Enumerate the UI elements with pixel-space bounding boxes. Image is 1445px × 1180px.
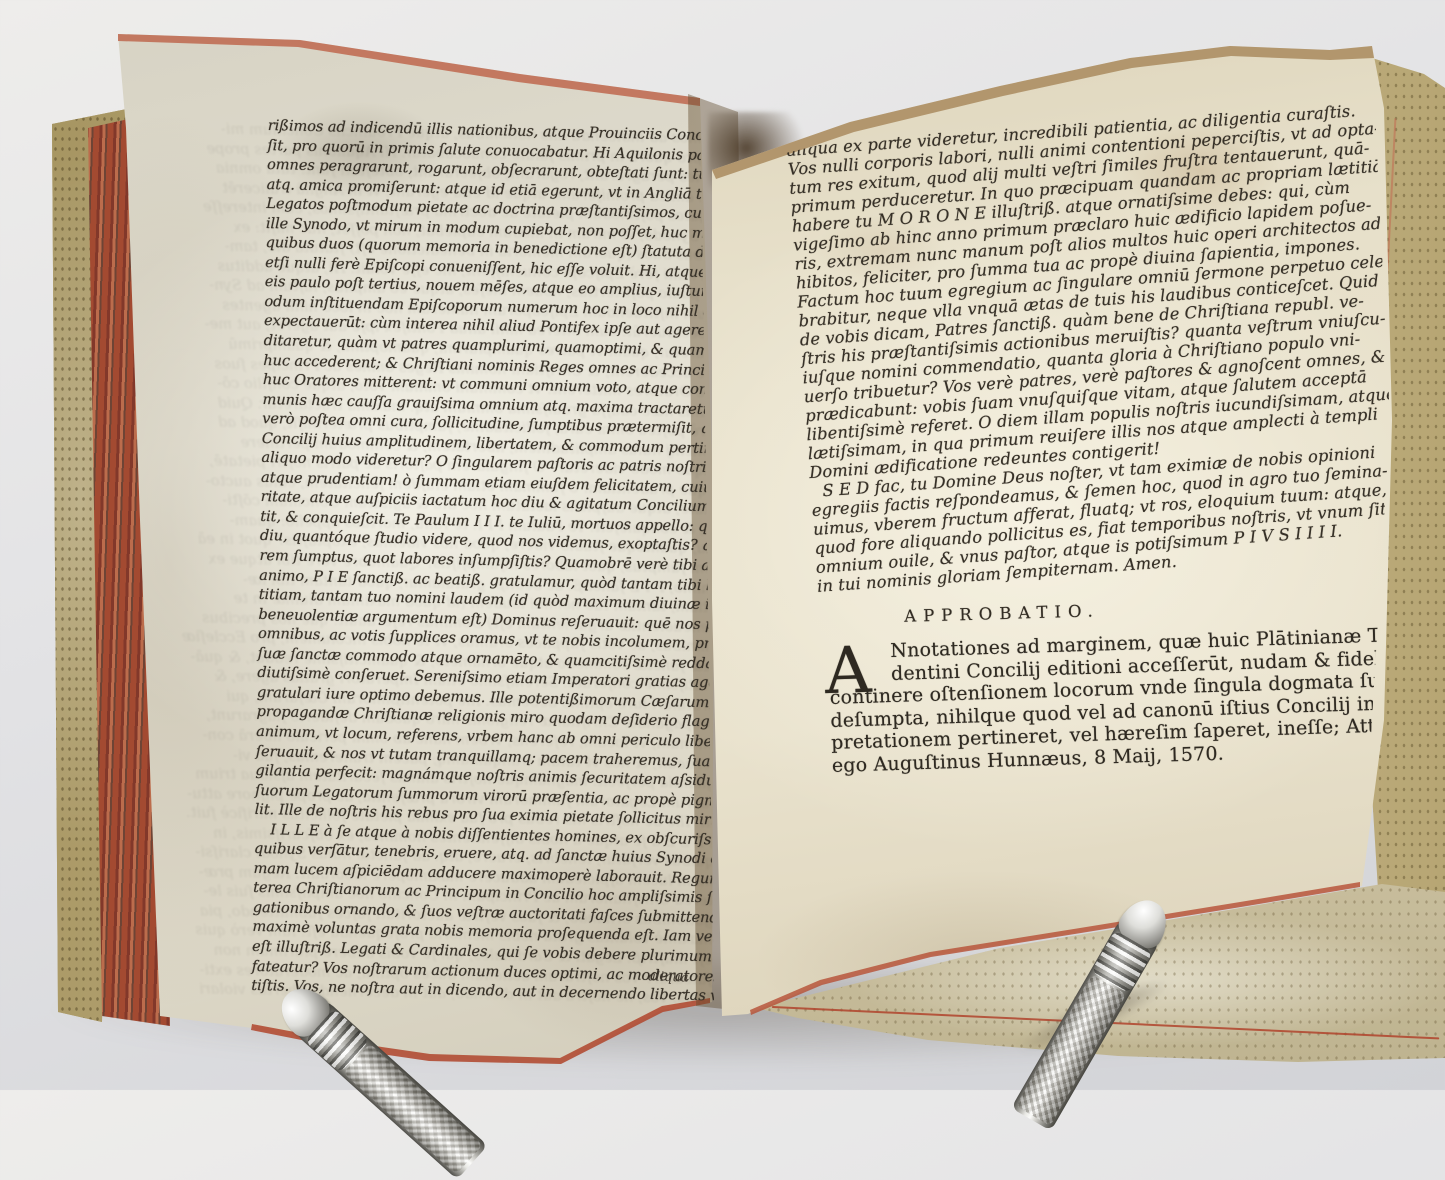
right-page-text: aliqua ex parte videretur, incredibili p… [786,100,1401,596]
approbatio-heading: APPROBATIO. [882,601,1122,627]
approbatio-text: Nnotationes ad marginem, quæ huic Plātin… [828,625,1372,777]
left-page-text: rißimos ad indicendū illis nationibus, a… [251,116,720,1006]
photo-of-antique-book: rißimos ad indicendū illis nationibus, a… [0,0,1445,1090]
approbatio-paragraph: A Nnotationes ad marginem, quæ huic Plāt… [828,625,1372,777]
catchword: aliqua [648,969,689,985]
